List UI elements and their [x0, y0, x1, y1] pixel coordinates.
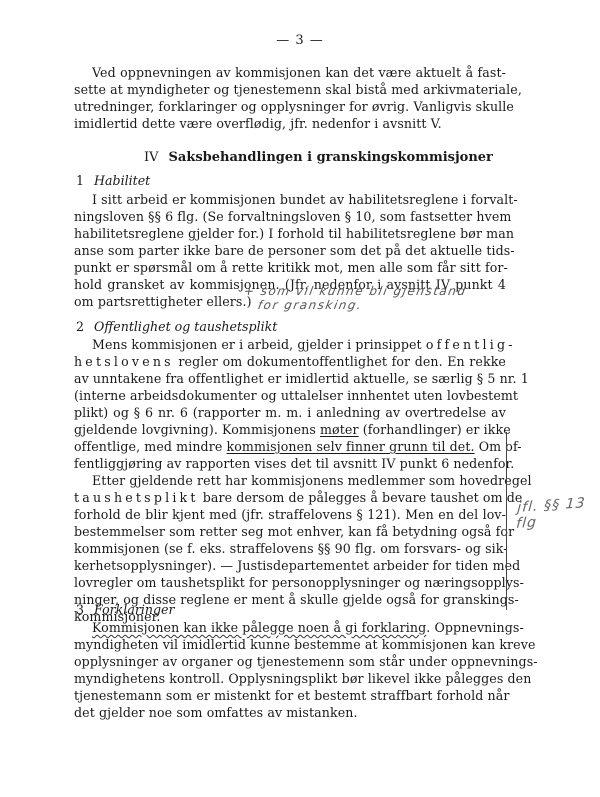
document-page: — 3 — Ved oppnevningen av kommisjonen ka…	[0, 0, 600, 797]
handwritten-margin-note: jfl. §§ 13 flg	[516, 494, 600, 532]
subheading-offentlighet: 2Offentlighet og taushetsplikt	[76, 318, 277, 335]
text-segment: bare dersom de pålegges å bevare taushet…	[203, 490, 523, 505]
text-line: Ved oppnevningen av kommisjonen kan det …	[74, 64, 506, 81]
margin-bracket-line	[506, 432, 509, 610]
text-line: hetslovens regler om dokumentoffentlighe…	[74, 353, 506, 370]
text-segment: offentlige, med mindre	[74, 439, 222, 454]
text-line: fentliggjøring av rapporten vises det ti…	[74, 455, 506, 472]
text-line: det gjelder noe som omfattes av mistanke…	[74, 704, 506, 721]
text-line: myndighetens kontroll. Opplysningsplikt …	[74, 670, 506, 687]
text-line: forhold de blir kjent med (jfr. straffel…	[74, 506, 506, 523]
section-roman-numeral: IV	[144, 150, 159, 165]
text-line: gjeldende lovgivning). Kommisjonens møte…	[74, 421, 506, 438]
emphasized-term: taushetsplikt	[74, 490, 199, 505]
text-line: plikt) og § 6 nr. 6 (rapporter m. m. i a…	[74, 404, 506, 421]
handwritten-annotation-line-1: + som vil kunne bli gjenstand	[243, 284, 468, 298]
text-line: lovregler om taushetsplikt for personopp…	[74, 574, 506, 591]
section-heading: IVSaksbehandlingen i granskingskommisjon…	[0, 149, 600, 166]
text-segment: . Oppnevnings-	[426, 620, 524, 635]
text-line: ningsloven §§ 6 flg. (Se forvaltningslov…	[74, 208, 506, 225]
underlined-text: møter	[320, 422, 359, 437]
text-segment: Om of-	[479, 439, 522, 454]
text-line: taushetsplikt bare dersom de pålegges å …	[74, 489, 506, 506]
text-line: (interne arbeidsdokumenter og uttalelser…	[74, 387, 506, 404]
subheading-habilitet: 1Habilitet	[76, 172, 150, 189]
text-line: bestemmelser som retter seg mot enhver, …	[74, 523, 506, 540]
text-line: imidlertid dette være overflødig, jfr. n…	[74, 115, 506, 132]
emphasized-term: offentlig-	[426, 337, 516, 352]
text-line: Mens kommisjonen er i arbeid, gjelder i …	[74, 336, 506, 353]
text-line: av unntakene fra offentlighet er imidler…	[74, 370, 506, 387]
text-line: anse som parter ikke bare de personer so…	[74, 242, 506, 259]
emphasized-term: hetslovens	[74, 354, 174, 369]
underlined-text: Kommisjonen kan ikke pålegge noen å gi f…	[92, 620, 426, 635]
text-line: Etter gjeldende rett har kommisjonens me…	[74, 472, 506, 489]
intro-paragraph: Ved oppnevningen av kommisjonen kan det …	[74, 64, 506, 132]
forklaringer-paragraph: Kommisjonen kan ikke pålegge noen å gi f…	[74, 619, 506, 721]
text-line: sette at myndigheter og tjenestemenn ska…	[74, 81, 506, 98]
text-line: offentlige, med mindre kommisjonen selv …	[74, 438, 506, 455]
handwritten-annotation-line-2: for gransking.	[257, 298, 364, 312]
offentlighet-paragraph: Mens kommisjonen er i arbeid, gjelder i …	[74, 336, 506, 472]
subheading-label: Offentlighet og taushetsplikt	[94, 319, 277, 334]
text-segment: regler om dokumentoffentlighet for den. …	[178, 354, 506, 369]
subheading-label: Forklaringer	[94, 602, 175, 617]
text-line: habilitetsreglene gjelder for.) I forhol…	[74, 225, 506, 242]
page-number: — 3 —	[0, 33, 600, 48]
text-line: kerhetsopplysninger). — Justisdepartemen…	[74, 557, 506, 574]
subheading-number: 2	[76, 319, 84, 334]
text-line: tjenestemann som er mistenkt for et best…	[74, 687, 506, 704]
text-segment: Mens kommisjonen er i arbeid, gjelder i …	[92, 337, 422, 352]
section-title: Saksbehandlingen i granskingskommisjoner	[169, 150, 493, 165]
text-line: myndigheten vil imidlertid kunne bestemm…	[74, 636, 506, 653]
text-segment: (forhandlinger) er ikke	[363, 422, 511, 437]
text-line: punkt er spørsmål om å rette kritikk mot…	[74, 259, 506, 276]
text-line: I sitt arbeid er kommisjonen bundet av h…	[74, 191, 506, 208]
text-line: kommisjonen (se f. eks. straffelovens §§…	[74, 540, 506, 557]
text-line: utredninger, forklaringer og opplysninge…	[74, 98, 506, 115]
subheading-number: 1	[76, 173, 84, 188]
subheading-forklaringer: 3Forklaringer	[76, 601, 175, 618]
text-line: Kommisjonen kan ikke pålegge noen å gi f…	[74, 619, 506, 636]
subheading-number: 3	[76, 602, 84, 617]
text-segment: gjeldende lovgivning). Kommisjonens	[74, 422, 316, 437]
text-line: opplysninger av organer og tjenestemenn …	[74, 653, 506, 670]
underlined-text: kommisjonen selv finner grunn til det.	[227, 439, 475, 454]
subheading-label: Habilitet	[94, 173, 150, 188]
